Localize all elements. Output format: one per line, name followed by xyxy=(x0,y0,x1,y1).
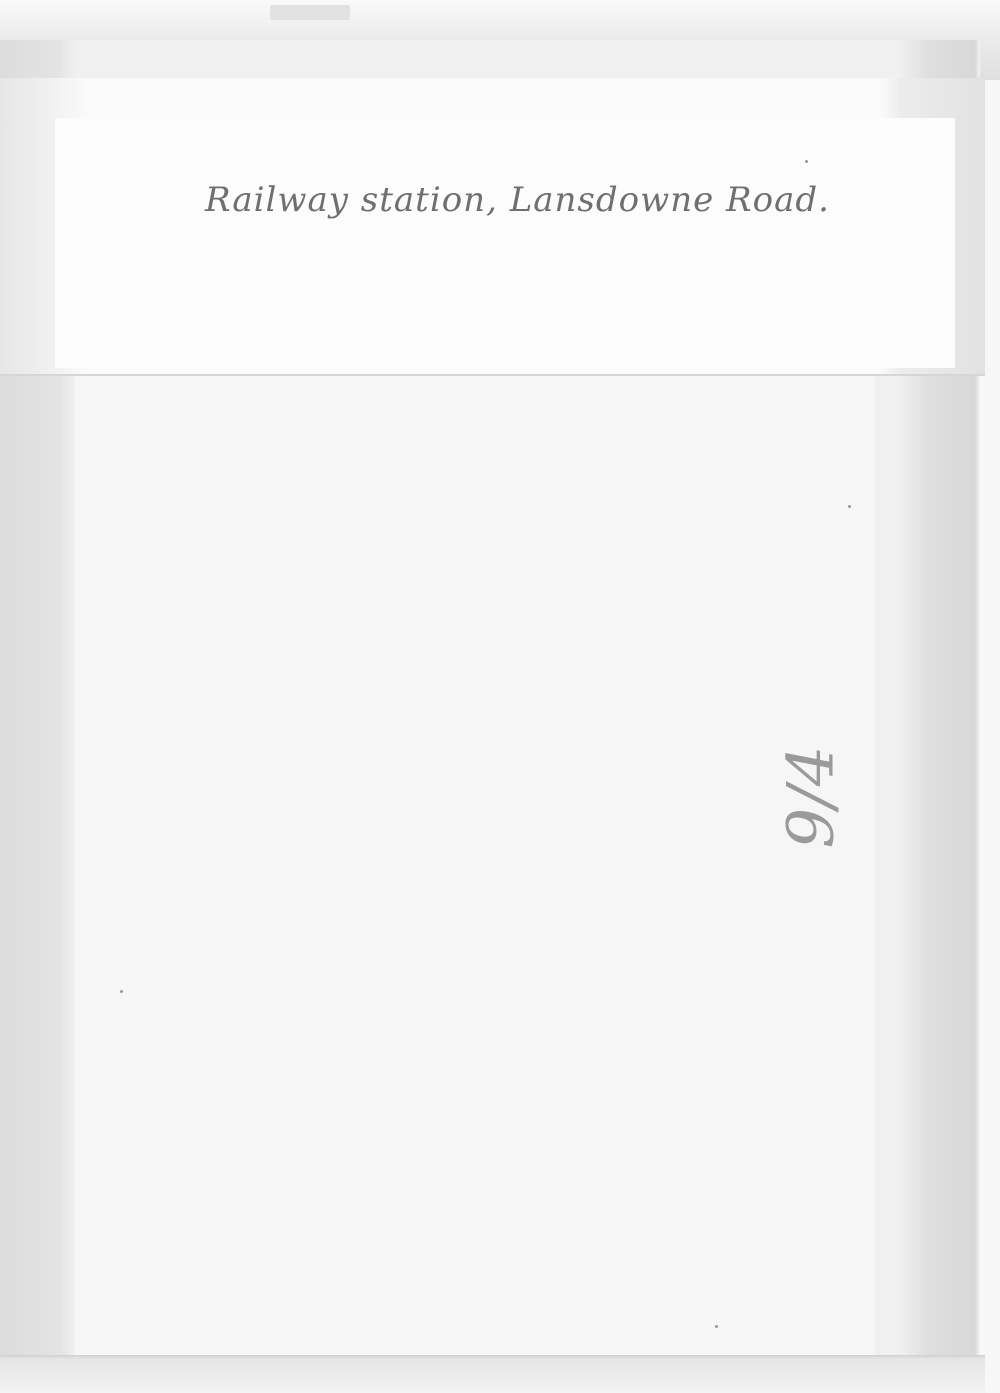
inner-paper xyxy=(75,374,875,1357)
label-area xyxy=(55,118,955,368)
paper-speck xyxy=(805,160,808,163)
sleeve-bottom-edge xyxy=(0,1355,985,1393)
paper-speck xyxy=(715,1325,718,1328)
paper-speck xyxy=(848,505,851,508)
sleeve-tab xyxy=(270,5,350,20)
handwritten-reference-number: 9/4 xyxy=(775,746,849,849)
handwritten-caption: Railway station, Lansdowne Road. xyxy=(205,180,830,220)
paper-speck xyxy=(120,990,123,993)
label-strip xyxy=(0,78,985,376)
